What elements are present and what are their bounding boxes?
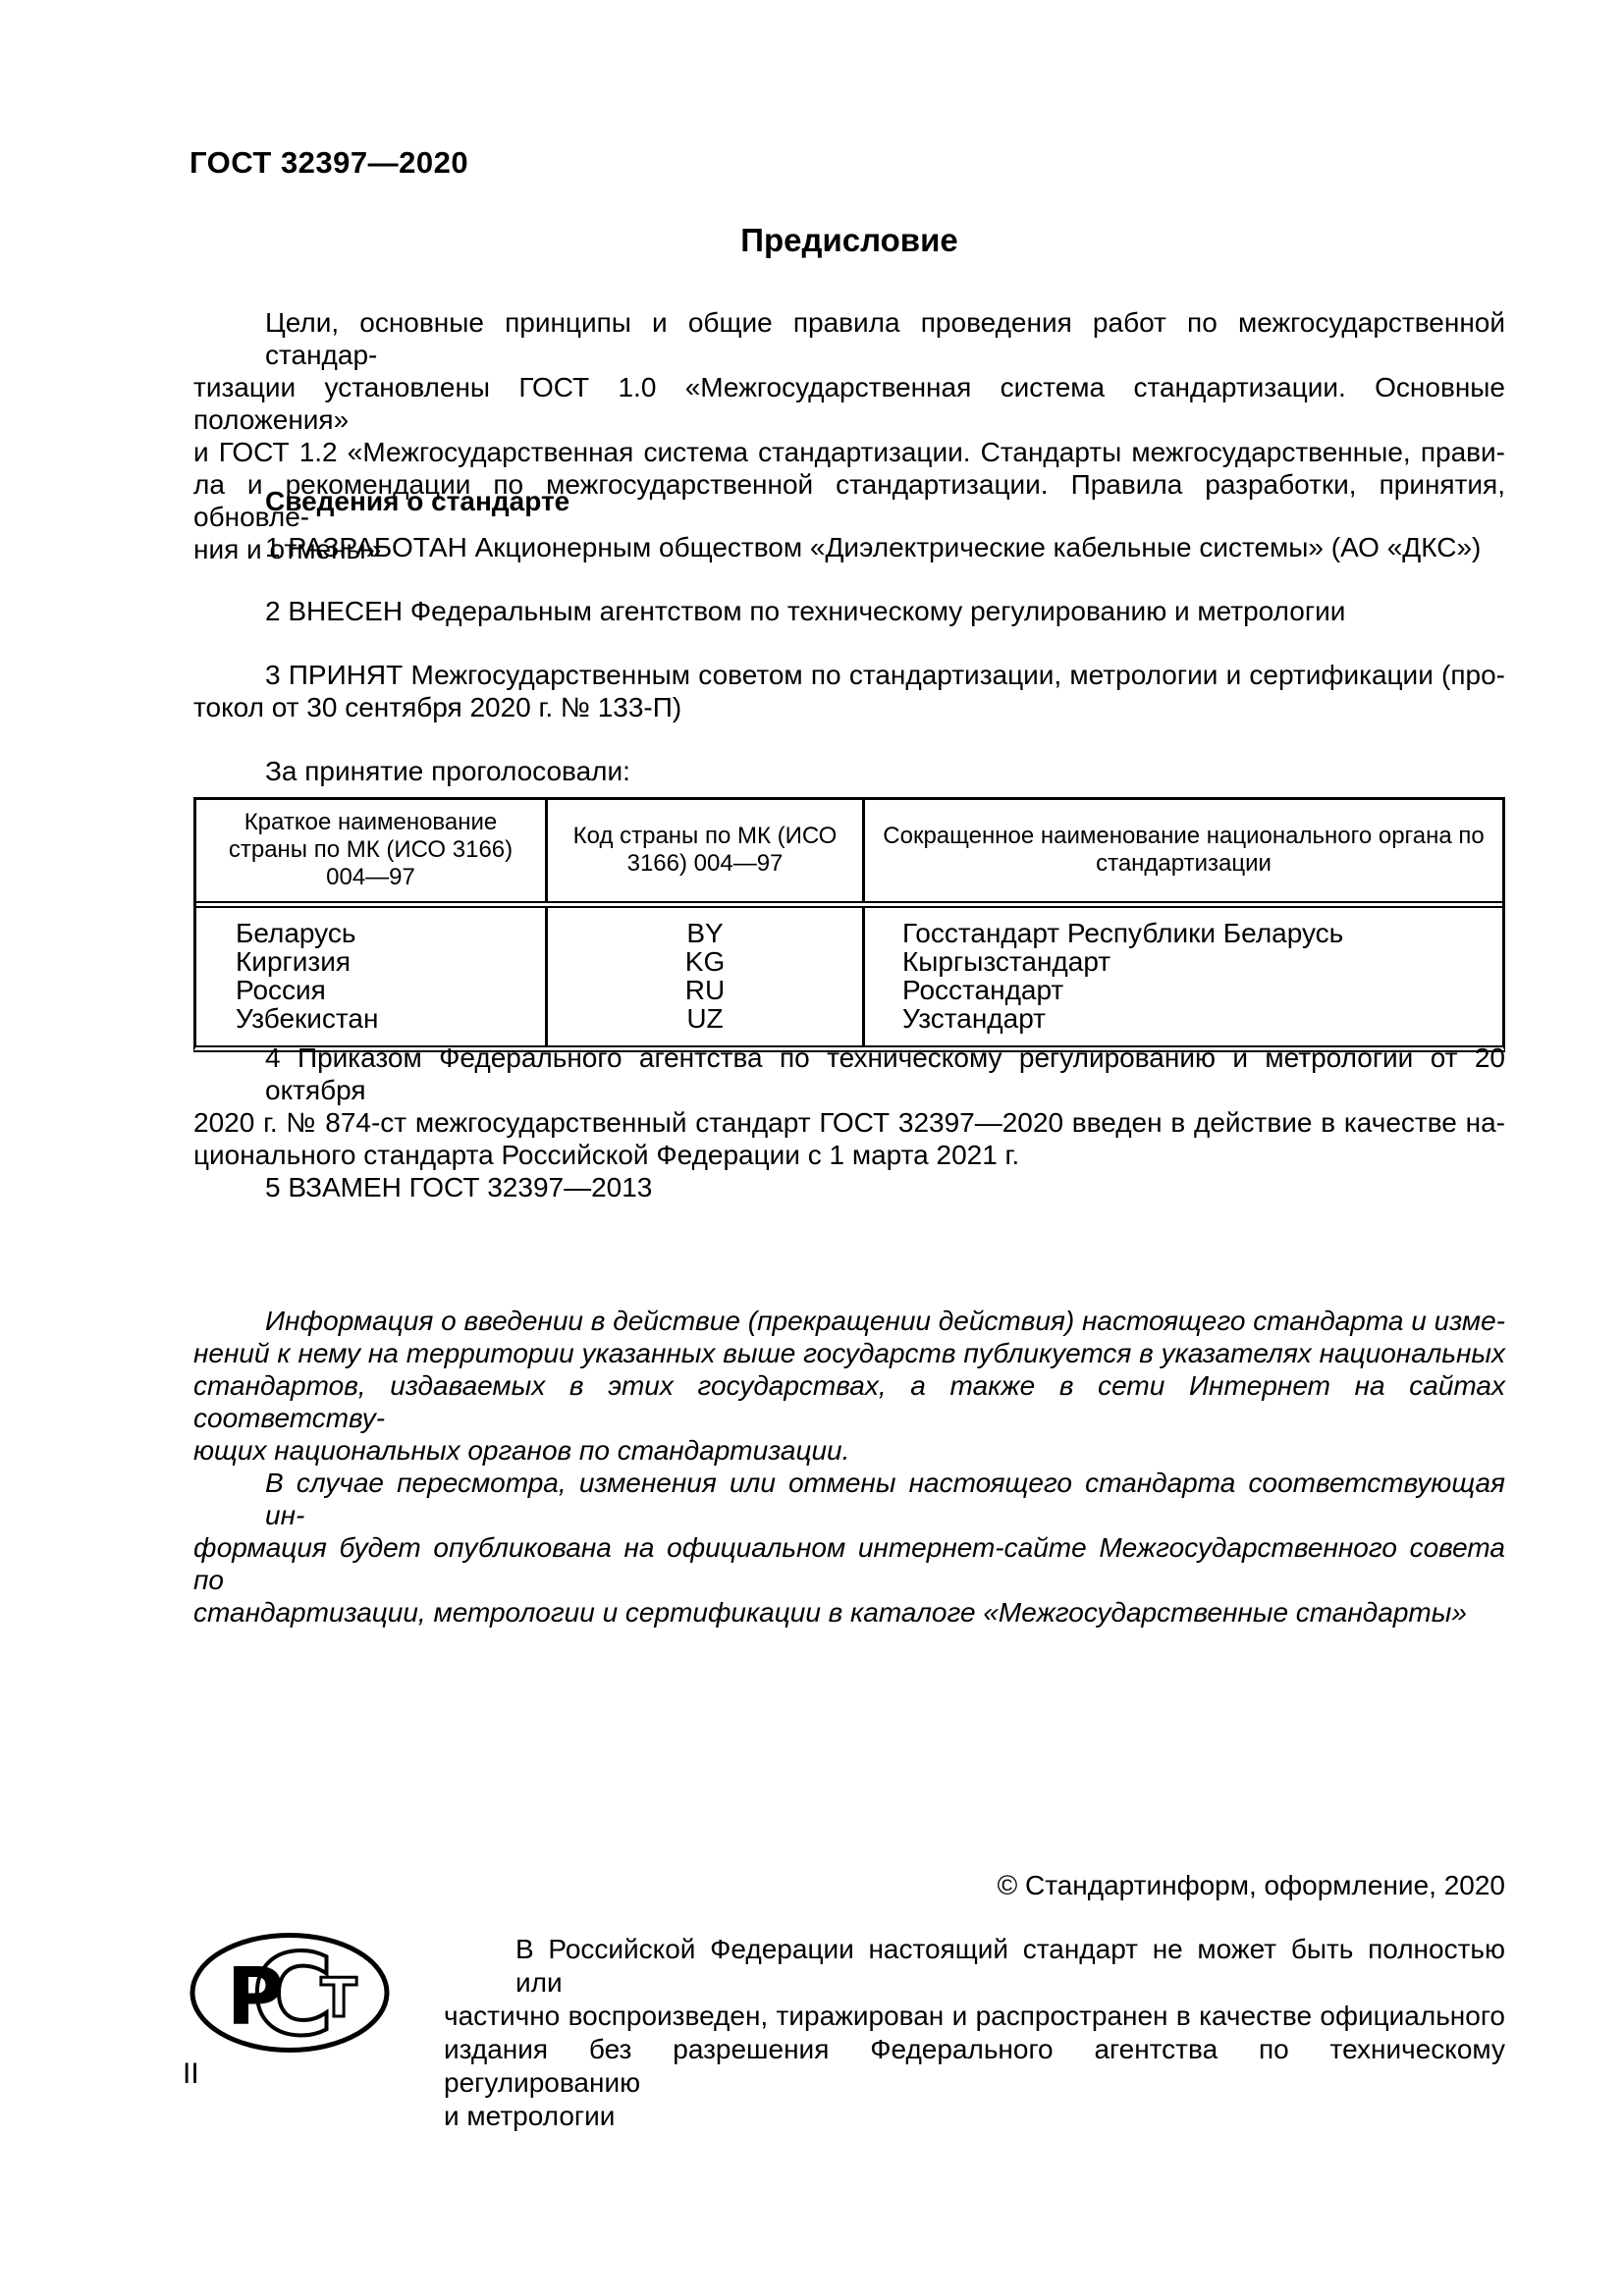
table-cell-org: Росстандарт (902, 976, 1502, 1004)
page-title: Предисловие (193, 222, 1505, 259)
vote-label: За принятие проголосовали: (193, 755, 1577, 787)
table-cell-country: Узбекистан (236, 1004, 545, 1033)
paragraph-line: и ГОСТ 1.2 «Межгосударственная система с… (193, 436, 1505, 468)
vote-table-org-column: Госстандарт Республики Беларусь Кыргызст… (865, 908, 1502, 1045)
paragraph-line: стандартизации, метрологии и сертификаци… (193, 1596, 1505, 1629)
table-cell-country: Киргизия (236, 947, 545, 976)
table-cell-country: Россия (236, 976, 545, 1004)
intro-paragraph: Цели, основные принципы и общие правила … (193, 306, 1505, 565)
info-item-2: 2 ВНЕСЕН Федеральным агентством по техни… (193, 595, 1577, 627)
svg-text:Т: Т (321, 1967, 357, 2029)
paragraph-line: нений к нему на территории указанных выш… (193, 1337, 1505, 1369)
info-item-5: 5 ВЗАМЕН ГОСТ 32397—2013 (193, 1171, 1577, 1203)
vote-table-header-row: Краткое наименование страны по МК (ИСО 3… (196, 800, 1502, 908)
rst-logo-icon: С Р Т (189, 1932, 391, 2054)
copyright-line: © Стандартинформ, оформление, 2020 (193, 1870, 1505, 1901)
reproduction-restriction: В Российской Федерации настоящий стандар… (444, 1933, 1505, 2133)
info-item-4: 4 Приказом Федерального агентства по тех… (193, 1041, 1505, 1171)
paragraph-line: издания без разрешения Федерального аген… (444, 2033, 1505, 2100)
paragraph-line: В Российской Федерации настоящий стандар… (444, 1933, 1505, 2000)
rst-certification-logo: С Р Т (189, 1932, 391, 2058)
paragraph-line: формация будет опубликована на официальн… (193, 1531, 1505, 1596)
table-cell-org: Узстандарт (902, 1004, 1502, 1033)
vote-table-body: Беларусь Киргизия Россия Узбекистан BY K… (196, 908, 1502, 1045)
info-item-3: 3 ПРИНЯТ Межгосударственным советом по с… (193, 659, 1505, 723)
paragraph-line: ющих национальных органов по стандартиза… (193, 1434, 1505, 1467)
page-number: II (183, 2057, 199, 2091)
svg-text:Р: Р (227, 1951, 285, 2043)
table-cell-code: UZ (548, 1004, 862, 1033)
vote-table: Краткое наименование страны по МК (ИСО 3… (193, 797, 1505, 1052)
paragraph-line: и метрологии (444, 2100, 1505, 2133)
paragraph-line: Цели, основные принципы и общие правила … (193, 306, 1505, 371)
paragraph-line: 4 Приказом Федерального агентства по тех… (193, 1041, 1505, 1106)
vote-table-code-column: BY KG RU UZ (548, 908, 865, 1045)
table-cell-org: Кыргызстандарт (902, 947, 1502, 976)
table-cell-org: Госстандарт Республики Беларусь (902, 919, 1502, 947)
standard-number-header: ГОСТ 32397—2020 (189, 145, 468, 181)
paragraph-line: 2020 г. № 874-ст межгосударственный стан… (193, 1106, 1505, 1139)
table-cell-code: KG (548, 947, 862, 976)
document-page: ГОСТ 32397—2020 Предисловие Цели, основн… (0, 0, 1624, 2296)
paragraph-line: токол от 30 сентября 2020 г. № 133-П) (193, 691, 1505, 723)
paragraph-line: 3 ПРИНЯТ Межгосударственным советом по с… (193, 659, 1505, 691)
paragraph-line: В случае пересмотра, изменения или отмен… (193, 1467, 1505, 1531)
vote-table-header-country: Краткое наименование страны по МК (ИСО 3… (196, 800, 548, 901)
info-item-1: 1 РАЗРАБОТАН Акционерным обществом «Диэл… (193, 531, 1577, 563)
paragraph-line: ционального стандарта Российской Федерац… (193, 1139, 1505, 1171)
vote-table-header-code: Код страны по МК (ИСО 3166) 004—97 (548, 800, 865, 901)
paragraph-line: тизации установлены ГОСТ 1.0 «Межгосудар… (193, 371, 1505, 436)
paragraph-line: стандартов, издаваемых в этих государств… (193, 1369, 1505, 1434)
table-cell-code: RU (548, 976, 862, 1004)
vote-table-country-column: Беларусь Киргизия Россия Узбекистан (196, 908, 548, 1045)
vote-table-header-org: Сокращенное наименование национального о… (865, 800, 1502, 901)
paragraph-line: Информация о введении в действие (прекра… (193, 1305, 1505, 1337)
paragraph-line: частично воспроизведен, тиражирован и ра… (444, 2000, 1505, 2033)
table-cell-country: Беларусь (236, 919, 545, 947)
table-cell-code: BY (548, 919, 862, 947)
publication-notice: Информация о введении в действие (прекра… (193, 1305, 1505, 1629)
section-heading-standard-info: Сведения о стандарте (193, 485, 1577, 517)
